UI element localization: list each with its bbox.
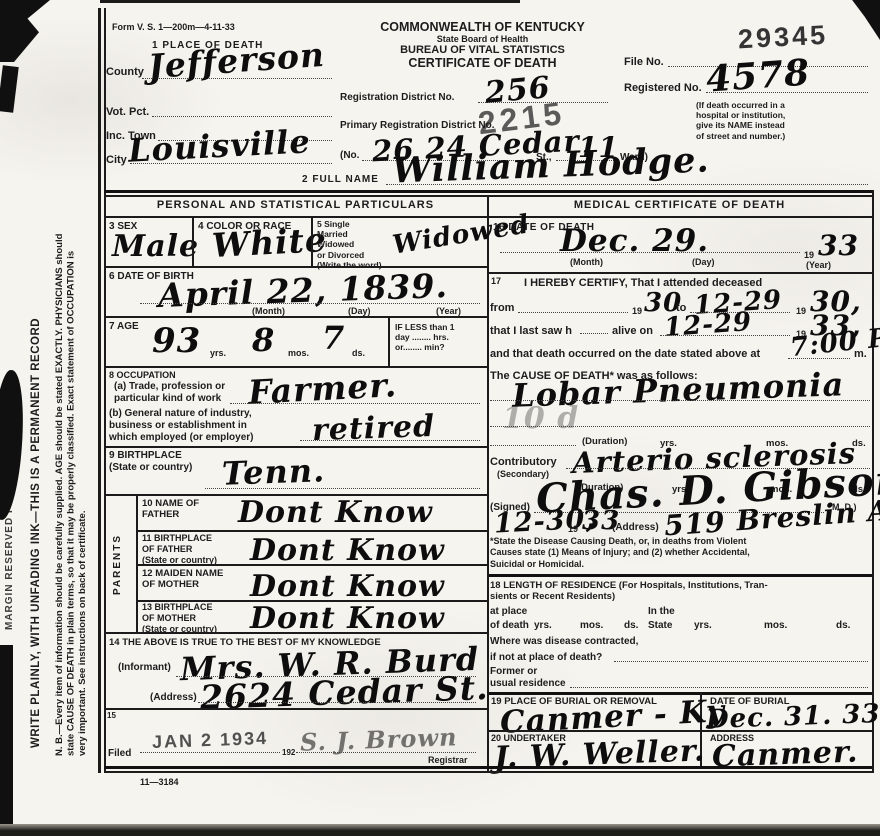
occupation-b-line — [300, 440, 480, 441]
parents-line-1 — [136, 530, 487, 532]
state-yrs-label: yrs. — [694, 620, 712, 631]
registrar-signature-handwritten: S. J. Brown — [300, 725, 458, 754]
date-of-death-line — [500, 252, 800, 253]
certify-from-label: from — [490, 302, 514, 314]
usual-residence-label: usual residence — [490, 678, 566, 689]
filed-year-label: 192 — [282, 748, 295, 757]
birthplace-label: 9 BIRTHPLACE (State or country) — [109, 450, 192, 474]
sex-race-divider — [192, 216, 194, 266]
informant-address-label: (Address) — [150, 692, 197, 703]
medical-row-line-1 — [489, 272, 872, 274]
death-time-m-label: m. — [854, 348, 867, 360]
age-yrs-label: yrs. — [210, 348, 226, 358]
state-label: State — [648, 620, 672, 631]
filed-line — [140, 752, 280, 753]
duration-leader — [490, 445, 576, 446]
race-marital-divider — [311, 216, 313, 266]
last-saw-blank — [580, 333, 608, 334]
bottom-border-thin — [104, 771, 872, 773]
filed-date-stamp: JAN 2 1934 — [152, 728, 269, 753]
scan-artifact-top-right — [846, 0, 880, 40]
dob-month-label: (Month) — [252, 306, 285, 316]
certify-from-line — [518, 312, 628, 313]
contracted-label: Where was disease contracted, — [490, 636, 638, 647]
dod-year-label: (Year) — [806, 260, 831, 270]
full-name-handwritten: William Hodge. — [391, 142, 710, 188]
age-box-divider — [388, 316, 390, 366]
form-number: Form V. S. 1—200m—4-11-33 — [112, 22, 235, 32]
scan-artifact-left-bottom-bar — [0, 645, 13, 836]
bottom-border-heavy — [104, 766, 872, 769]
father-name-label: 10 NAME OF FATHER — [142, 498, 199, 521]
parents-cell-divider — [136, 494, 138, 632]
registration-district-label: Registration District No. — [340, 92, 454, 103]
county-label: County — [106, 66, 144, 78]
former-label: Former or — [490, 666, 537, 677]
mother-birthplace-label: 13 BIRTHPLACE OF MOTHER (State or countr… — [142, 602, 217, 634]
scan-artifact-left-upper — [0, 65, 19, 113]
row-line-4 — [104, 446, 487, 448]
agency-line1: COMMONWEALTH OF KENTUCKY — [335, 20, 630, 34]
scan-artifact-top-left — [0, 0, 50, 62]
margin-write-plainly-note: WRITE PLAINLY, WITH UNFADING INK—THIS IS… — [30, 128, 42, 748]
mother-birthplace-handwritten: Dont Know — [250, 604, 445, 634]
last-saw-date-handwritten: 12-29 — [663, 309, 753, 341]
city-handwritten: Louisville — [127, 125, 311, 167]
residence-label: 18 LENGTH OF RESIDENCE (For Hospitals, I… — [490, 580, 768, 603]
registered-no-handwritten: 4578 — [705, 54, 811, 97]
last-saw-label: that I last saw h — [490, 325, 572, 337]
parents-vertical-label: PARENTS — [112, 506, 123, 622]
signed-date-handwritten: 12-30, — [493, 505, 596, 537]
in-the-label: In the — [648, 606, 675, 617]
registered-no-label: Registered No. — [624, 82, 702, 94]
last-saw-line — [660, 335, 790, 336]
dob-year-label: (Year) — [436, 306, 461, 316]
row-line-3 — [104, 366, 487, 368]
usual-residence-line — [570, 687, 868, 688]
signed-year-printed: 19 — [568, 524, 578, 534]
burial-date-handwritten: Dec. 31. 33 — [706, 701, 880, 733]
agency-line4: CERTIFICATE OF DEATH — [335, 56, 630, 70]
form-code: 11—3184 — [140, 777, 179, 787]
agency-heading: COMMONWEALTH OF KENTUCKY State Board of … — [335, 20, 630, 70]
parents-line-2 — [136, 564, 487, 566]
agency-line2: State Board of Health — [335, 34, 630, 44]
death-time-label: and that death occurred on the date stat… — [490, 348, 760, 360]
residence-top-line — [489, 574, 872, 577]
at-place-label: at place — [490, 606, 527, 617]
contributory-label: Contributory — [490, 456, 557, 468]
informant-address-line — [198, 702, 476, 703]
full-name-label: 2 FULL NAME — [302, 174, 379, 185]
vot-pct-line — [152, 116, 332, 117]
birthplace-handwritten: Tenn. — [221, 454, 325, 490]
row-line-2 — [104, 316, 487, 318]
last-saw-label2: alive on — [612, 325, 653, 337]
county-handwritten: Jefferson — [147, 38, 326, 83]
dob-day-label: (Day) — [348, 306, 371, 316]
city-label: City — [106, 154, 127, 166]
if-not-line — [614, 661, 868, 662]
registrar-label: Registrar — [428, 755, 468, 765]
age-days-handwritten: 7 — [322, 322, 345, 354]
cause-duration-faint-handwritten: 10 d — [502, 404, 579, 434]
mother-name-handwritten: Dont Know — [250, 572, 445, 602]
dod-day-label: (Day) — [692, 257, 715, 267]
file-no-label: File No. — [624, 56, 664, 68]
medical-section-title: MEDICAL CERTIFICATE OF DEATH — [487, 199, 872, 211]
margin-nb-note: N. B.—Every item of information should b… — [54, 96, 88, 756]
residence-mos-label: mos. — [580, 620, 603, 631]
cause-line-2 — [490, 426, 870, 427]
undertaker-top-line — [489, 730, 872, 732]
age-months-handwritten: 8 — [252, 324, 275, 356]
sex-handwritten: Male — [112, 232, 199, 262]
scan-artifact-bottom-edge — [0, 824, 880, 836]
age-years-handwritten: 93 — [152, 324, 201, 358]
form-top-edge — [100, 0, 520, 3]
state-mos-label: mos. — [764, 620, 787, 631]
form-left-border-outer — [98, 8, 101, 773]
file-number-stamp: 29345 — [737, 20, 829, 56]
residence-yrs-label: yrs. — [534, 620, 552, 631]
father-name-handwritten: Dont Know — [238, 498, 433, 528]
burial-top-line — [489, 692, 872, 695]
age-less-than-label: IF LESS than 1 day ........ hrs. or.....… — [395, 322, 455, 353]
header-divider-heavy — [104, 190, 872, 193]
dob-handwritten: April 22, 1839. — [158, 269, 449, 312]
dod-month-label: (Month) — [570, 257, 603, 267]
state-ds-label: ds. — [836, 620, 850, 631]
to-year-printed: 19 — [796, 306, 806, 316]
occupation-a-line — [230, 403, 480, 404]
age-ds-label: ds. — [352, 348, 365, 358]
residence-ds-label: ds. — [624, 620, 638, 631]
signed-address-label: (Address) — [612, 522, 659, 533]
if-not-label: if not at place of death? — [490, 652, 602, 663]
father-birthplace-label: 11 BIRTHPLACE OF FATHER (State or countr… — [142, 533, 217, 565]
occupation-a-label: (a) Trade, profession or particular kind… — [114, 381, 225, 405]
marital-label: 5 Single Married Widowed or Divorced (Wr… — [317, 219, 382, 270]
from-year-printed: 19 — [632, 306, 642, 316]
informant-label: (Informant) — [118, 662, 171, 673]
mother-name-label: 12 MAIDEN NAME OF MOTHER — [142, 568, 223, 591]
age-mos-label: mos. — [288, 348, 309, 358]
agency-line3: BUREAU OF VITAL STATISTICS — [335, 44, 630, 56]
institution-note: (If death occurred in a hospital or inst… — [696, 100, 872, 141]
death-time-line — [788, 358, 850, 359]
row-line-6 — [104, 632, 487, 634]
filed-label: Filed — [108, 748, 131, 759]
of-death-label: of death — [490, 620, 529, 631]
personal-section-title: PERSONAL AND STATISTICAL PARTICULARS — [104, 199, 487, 211]
dod-year-handwritten: 33 — [818, 232, 859, 260]
filed-item-number: 15 — [107, 711, 116, 720]
certify-item-number: 17 — [491, 276, 501, 286]
death-certificate-scan: MARGIN RESERVED FOR BINDING WRITE PLAINL… — [0, 0, 880, 836]
form-left-border-inner — [104, 8, 106, 773]
dob-line — [140, 303, 480, 304]
registrar-line — [296, 752, 476, 753]
row-line-7 — [104, 708, 487, 710]
birthplace-line — [205, 488, 480, 489]
cause-footnote: *State the Disease Causing Death, or, in… — [490, 536, 750, 570]
vot-pct-label: Vot. Pct. — [106, 106, 149, 118]
age-label: 7 AGE — [109, 321, 139, 332]
address-no-label: (No. — [340, 150, 359, 161]
father-birthplace-handwritten: Dont Know — [250, 536, 445, 566]
occupation-label: 8 OCCUPATION — [109, 370, 176, 380]
occupation-b-label: (b) General nature of industry, business… — [109, 408, 253, 444]
dod-year-printed: 19 — [804, 250, 814, 260]
